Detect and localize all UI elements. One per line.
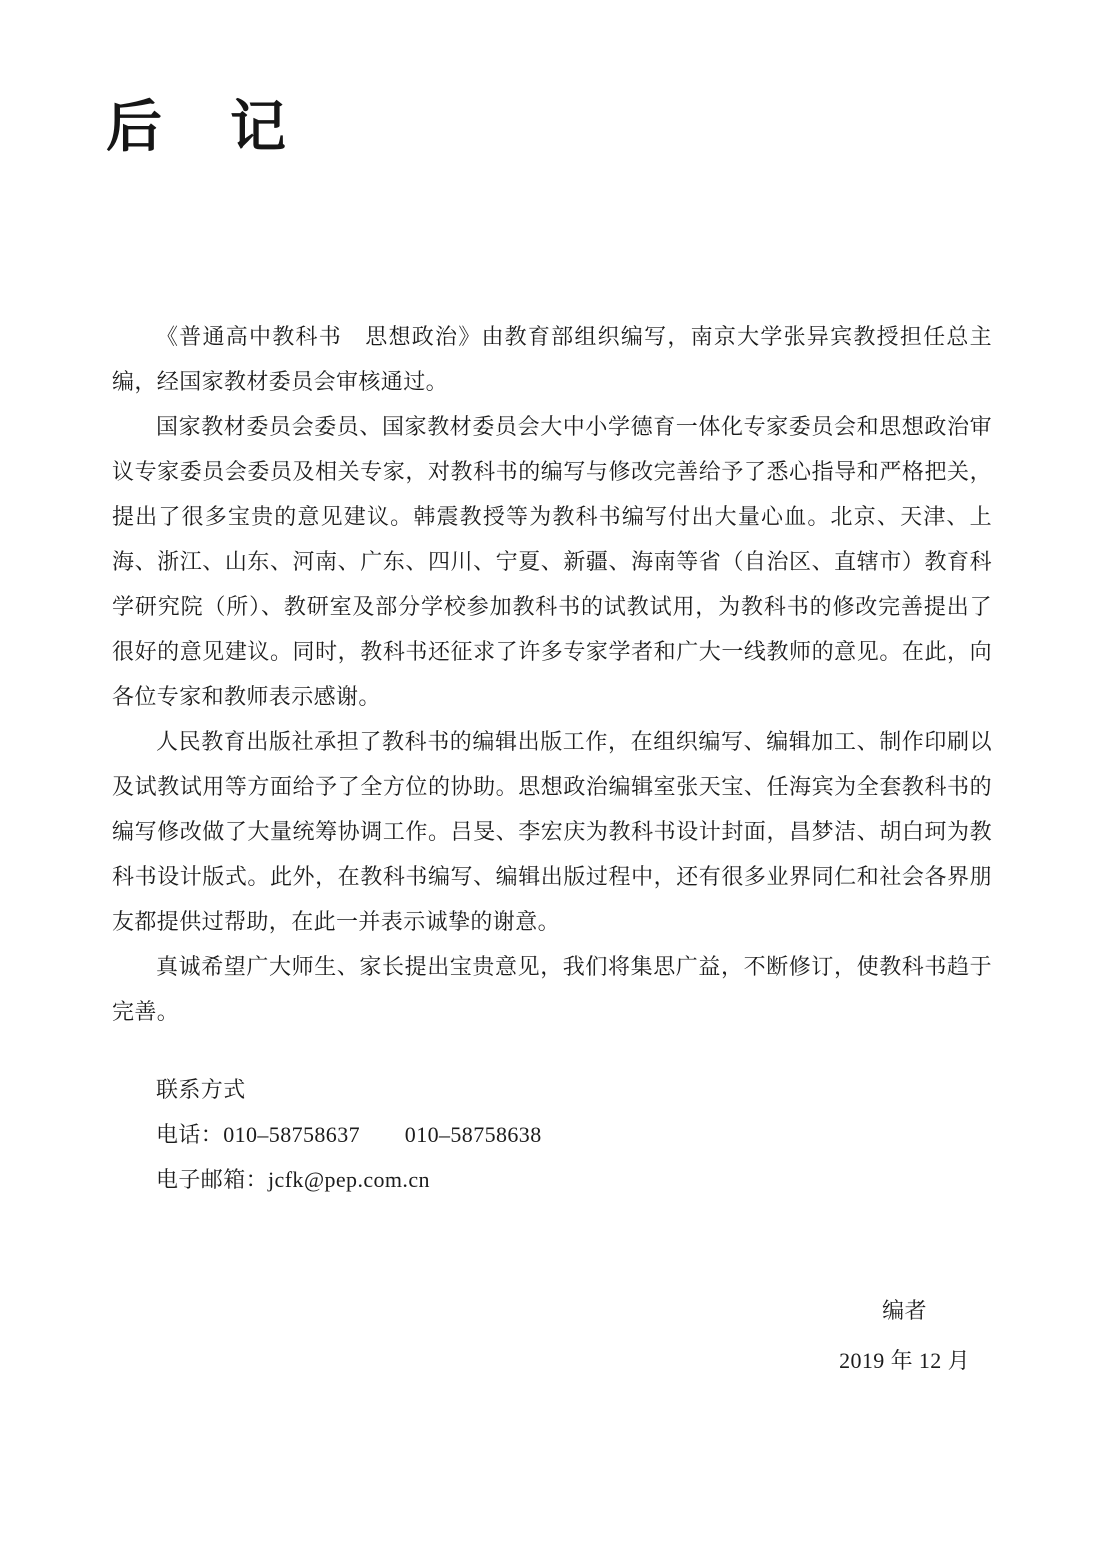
email-address: jcfk@pep.com.cn	[268, 1167, 430, 1192]
contact-section: 联系方式 电话：010–58758637 010–58758638 电子邮箱：j…	[112, 1067, 992, 1202]
phone-numbers: 010–58758637 010–58758638	[223, 1122, 541, 1147]
signature-block: 编者 2019 年 12 月	[0, 1286, 1102, 1386]
page-title: 后 记	[0, 0, 1102, 158]
contact-phone-line: 电话：010–58758637 010–58758638	[112, 1112, 992, 1157]
paragraph-1: 《普通高中教科书 思想政治》由教育部组织编写，南京大学张异宾教授担任总主编，经国…	[112, 314, 992, 404]
contact-email-line: 电子邮箱：jcfk@pep.com.cn	[112, 1157, 992, 1202]
paragraph-4: 真诚希望广大师生、家长提出宝贵意见，我们将集思广益，不断修订，使教科书趋于完善。	[112, 944, 992, 1034]
contact-heading: 联系方式	[112, 1067, 992, 1112]
phone-label: 电话：	[156, 1122, 223, 1147]
email-label: 电子邮箱：	[156, 1167, 268, 1192]
signature-date: 2019 年 12 月	[839, 1336, 970, 1386]
paragraph-3: 人民教育出版社承担了教科书的编辑出版工作，在组织编写、编辑加工、制作印刷以及试教…	[112, 719, 992, 944]
afterword-page: 后 记 《普通高中教科书 思想政治》由教育部组织编写，南京大学张异宾教授担任总主…	[0, 0, 1102, 1559]
signature-author: 编者	[839, 1286, 970, 1336]
signature-inner: 编者 2019 年 12 月	[839, 1286, 970, 1386]
afterword-body: 《普通高中教科书 思想政治》由教育部组织编写，南京大学张异宾教授担任总主编，经国…	[112, 314, 992, 1034]
paragraph-2: 国家教材委员会委员、国家教材委员会大中小学德育一体化专家委员会和思想政治审议专家…	[112, 404, 992, 719]
